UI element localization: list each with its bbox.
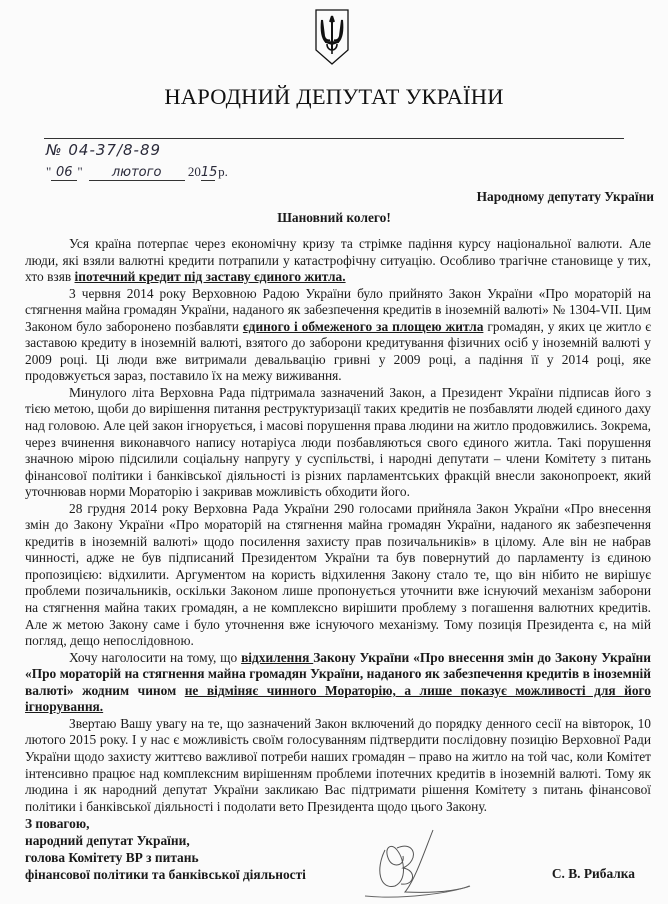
paragraph-6: Звертаю Вашу увагу на те, що зазначений … (25, 716, 651, 815)
registration-date: "06"лютого 2015 р. (46, 164, 228, 181)
paragraph-1-emphasis: іпотечний кредит під заставу єдиного жит… (75, 269, 346, 284)
date-year-unit: р. (218, 164, 228, 179)
date-year-suffix: 15 (201, 165, 215, 181)
paragraph-5-emphasis-1: відхилення (241, 650, 313, 665)
closing-line-4: фінансової політики та банківської діяль… (25, 866, 306, 883)
paragraph-5-text: Хочу наголосити на тому, що (69, 650, 241, 665)
registration-number: № 04-37/8-89 (46, 141, 161, 159)
closing-line-1: З повагою, (25, 815, 306, 832)
paragraph-3: Минулого літа Верховна Рада підтримала з… (25, 385, 651, 501)
trident-coat-of-arms-icon (314, 8, 350, 66)
paragraph-4: 28 грудня 2014 року Верховна Рада Україн… (25, 501, 651, 650)
salutation: Шановний колего! (0, 210, 668, 226)
closing-line-3: голова Комітету ВР з питань (25, 849, 306, 866)
signer-name: С. В. Рибалка (552, 866, 635, 882)
addressee: Народному депутату України (477, 189, 654, 205)
date-quote-close: " (77, 164, 82, 179)
paragraph-2-emphasis: єдиного і обмеженого за площею житла (243, 319, 484, 334)
date-day: 06 (51, 165, 77, 181)
handwritten-signature-icon (345, 820, 525, 900)
header-divider (44, 138, 624, 139)
paragraph-2: 3 червня 2014 року Верховною Радою Украї… (25, 286, 651, 385)
closing-block: З повагою, народний депутат України, гол… (25, 815, 306, 883)
letter-body: Уся країна потерпає через економічну кри… (25, 236, 651, 815)
organization-title: НАРОДНИЙ ДЕПУТАТ УКРАЇНИ (0, 84, 668, 110)
closing-line-2: народний депутат України, (25, 832, 306, 849)
date-year-prefix: 20 (188, 164, 201, 179)
paragraph-1: Уся країна потерпає через економічну кри… (25, 236, 651, 286)
paragraph-5: Хочу наголосити на тому, що відхилення З… (25, 650, 651, 716)
date-month: лютого (89, 165, 185, 181)
